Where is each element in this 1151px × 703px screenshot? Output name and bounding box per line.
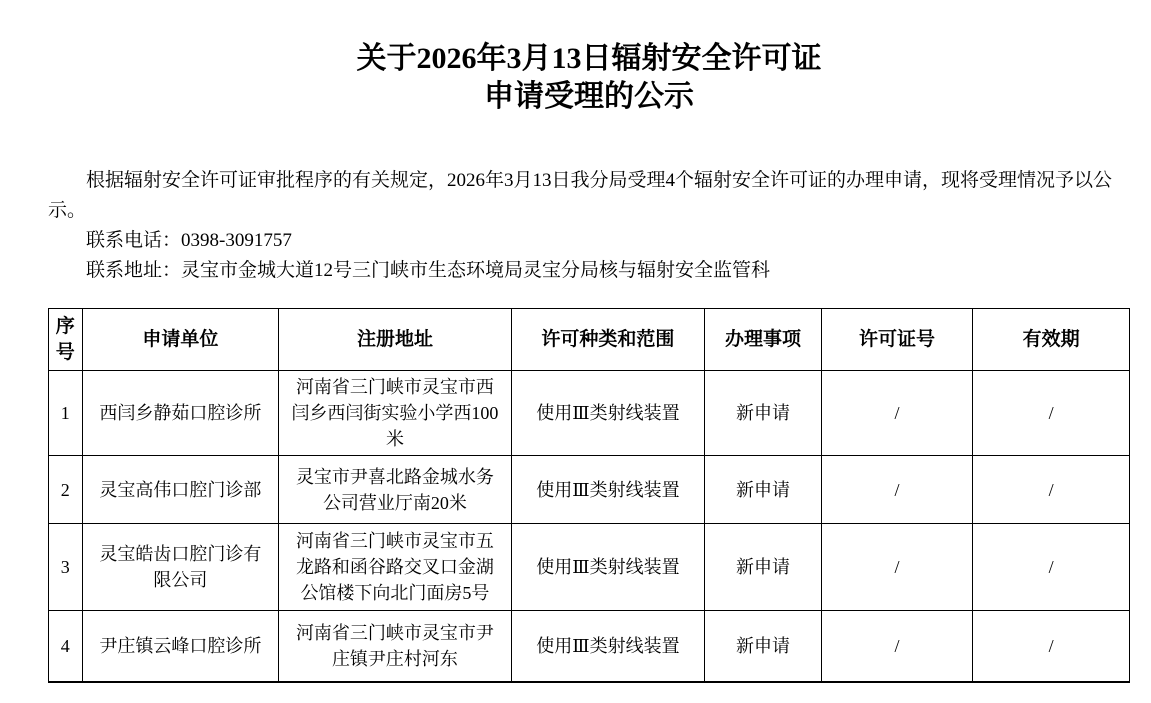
table-cell: 河南省三门峡市灵宝市尹庄镇尹庄村河东	[279, 611, 511, 682]
notice-document: 关于2026年3月13日辐射安全许可证 申请受理的公示 根据辐射安全许可证审批程…	[0, 0, 1151, 703]
column-header: 序号	[49, 309, 83, 371]
table-cell: /	[973, 371, 1130, 456]
table-cell: 新申请	[705, 456, 822, 524]
table-cell: /	[973, 456, 1130, 524]
table-cell: 河南省三门峡市灵宝市五龙路和函谷路交叉口金湖公馆楼下向北门面房5号	[279, 524, 511, 611]
application-table: 序号申请单位注册地址许可种类和范围办理事项许可证号有效期 1西闫乡静茹口腔诊所河…	[48, 308, 1130, 683]
page-title-line-1: 关于2026年3月13日辐射安全许可证	[357, 42, 822, 75]
column-header: 许可证号	[821, 309, 972, 371]
table-cell: /	[821, 456, 972, 524]
table-cell: 使用Ⅲ类射线装置	[511, 371, 704, 456]
contact-phone: 联系电话：0398-3091757	[48, 226, 1130, 256]
page-title: 关于2026年3月13日辐射安全许可证 申请受理的公示	[48, 40, 1130, 116]
table-cell: /	[821, 524, 972, 611]
table-cell: 使用Ⅲ类射线装置	[511, 524, 704, 611]
table-cell: 2	[49, 456, 83, 524]
table-row: 1西闫乡静茹口腔诊所河南省三门峡市灵宝市西闫乡西闫街实验小学西100米使用Ⅲ类射…	[49, 371, 1130, 456]
table-cell: 新申请	[705, 611, 822, 682]
table-cell: 使用Ⅲ类射线装置	[511, 456, 704, 524]
table-cell: 4	[49, 611, 83, 682]
table-cell: 尹庄镇云峰口腔诊所	[82, 611, 279, 682]
table-header-row: 序号申请单位注册地址许可种类和范围办理事项许可证号有效期	[49, 309, 1130, 371]
table-cell: /	[821, 371, 972, 456]
intro-paragraph: 根据辐射安全许可证审批程序的有关规定，2026年3月13日我分局受理4个辐射安全…	[48, 166, 1130, 226]
column-header: 申请单位	[82, 309, 279, 371]
table-cell: 3	[49, 524, 83, 611]
table-row: 3灵宝皓齿口腔门诊有限公司河南省三门峡市灵宝市五龙路和函谷路交叉口金湖公馆楼下向…	[49, 524, 1130, 611]
table-row: 4尹庄镇云峰口腔诊所河南省三门峡市灵宝市尹庄镇尹庄村河东使用Ⅲ类射线装置新申请/…	[49, 611, 1130, 682]
page-title-line-2: 申请受理的公示	[484, 80, 694, 113]
table-cell: /	[821, 611, 972, 682]
table-cell: 西闫乡静茹口腔诊所	[82, 371, 279, 456]
contact-address: 联系地址：灵宝市金城大道12号三门峡市生态环境局灵宝分局核与辐射安全监管科	[48, 256, 1130, 286]
column-header: 办理事项	[705, 309, 822, 371]
table-cell: 1	[49, 371, 83, 456]
table-row: 2灵宝高伟口腔门诊部灵宝市尹喜北路金城水务公司营业厅南20米使用Ⅲ类射线装置新申…	[49, 456, 1130, 524]
column-header: 注册地址	[279, 309, 511, 371]
table-cell: 使用Ⅲ类射线装置	[511, 611, 704, 682]
table-cell: /	[973, 611, 1130, 682]
table-cell: 新申请	[705, 524, 822, 611]
table-body: 1西闫乡静茹口腔诊所河南省三门峡市灵宝市西闫乡西闫街实验小学西100米使用Ⅲ类射…	[49, 371, 1130, 682]
column-header: 有效期	[973, 309, 1130, 371]
table-cell: 灵宝高伟口腔门诊部	[82, 456, 279, 524]
column-header: 许可种类和范围	[511, 309, 704, 371]
table-cell: 灵宝皓齿口腔门诊有限公司	[82, 524, 279, 611]
table-cell: /	[973, 524, 1130, 611]
table-cell: 灵宝市尹喜北路金城水务公司营业厅南20米	[279, 456, 511, 524]
table-cell: 河南省三门峡市灵宝市西闫乡西闫街实验小学西100米	[279, 371, 511, 456]
table-cell: 新申请	[705, 371, 822, 456]
